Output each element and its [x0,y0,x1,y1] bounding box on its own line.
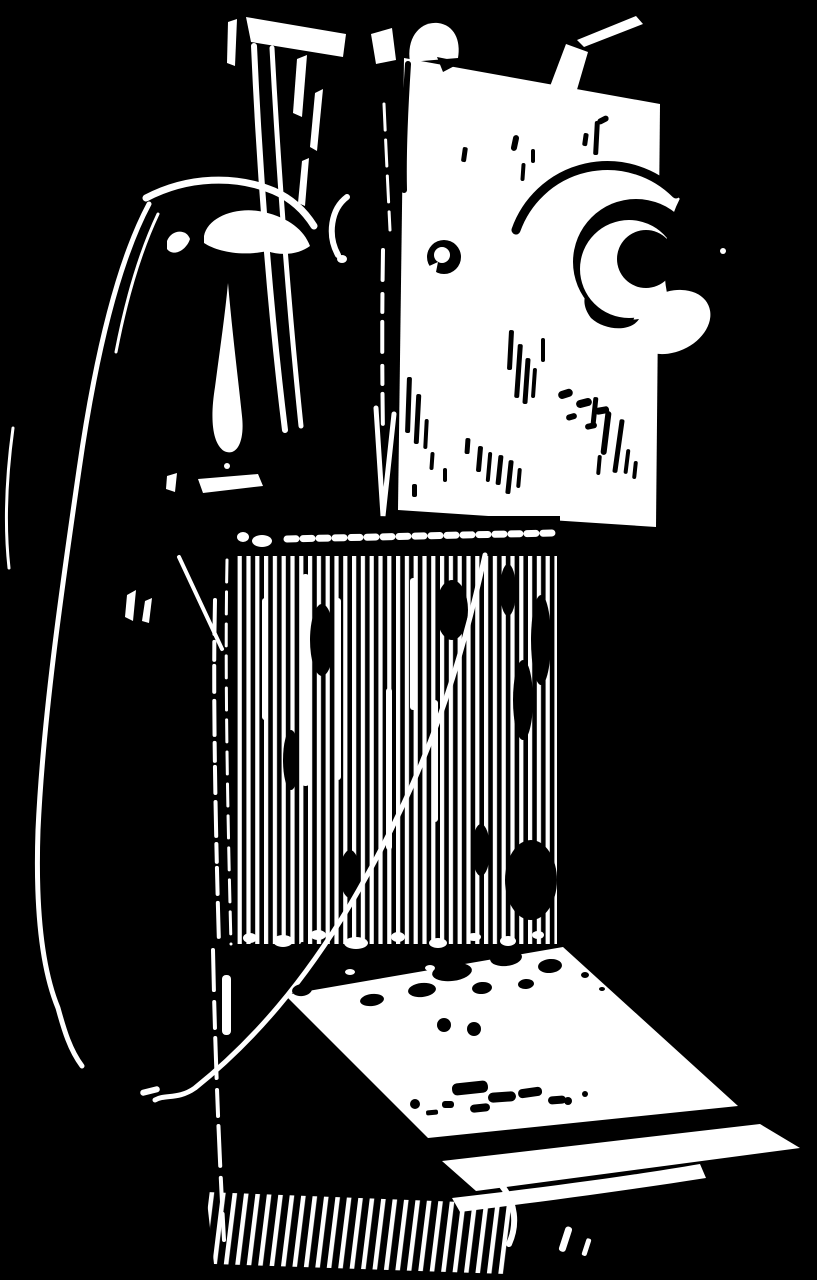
debris-highlight [532,931,544,939]
cabinet-dash-blob [252,535,272,547]
rib-shadow-patch [500,564,516,616]
shelf-ink-dot [437,1018,451,1032]
grain-dash [541,338,545,362]
debris-highlight [467,933,481,941]
shelf-squiggle [488,1091,517,1103]
drip-tick [299,942,305,962]
rib-shadow-patch [283,730,299,790]
shelf-squiggle [442,1101,454,1108]
debris-speck [466,977,474,983]
shelf-squiggle [548,1095,567,1104]
shelf-ink-dot [467,1022,481,1036]
debris-speck [425,965,435,971]
debris-highlight [500,936,516,946]
debris-dot [581,972,589,978]
rib-shadow-patch [472,824,490,876]
shelf-ink-dot [564,1097,572,1105]
illustration-canvas [0,0,817,1280]
receiver-speck [224,463,230,469]
ribbed-cabinet [210,516,560,948]
shelf-ink-dot [582,1091,588,1097]
debris-highlight [243,933,257,943]
left-edge-streak [222,975,231,1035]
hook-foot [337,255,347,263]
horn-speck [720,248,726,254]
debris-speck [345,969,355,975]
debris-highlight [344,937,368,949]
rib-shadow-patch [436,580,468,640]
debris-speck [516,969,524,975]
base-ribbing [206,1192,512,1274]
rib-shadow-patch [310,604,334,676]
engraving-antique-wall-telephone: Black-and-white engraving of an antique … [0,0,817,1280]
grain-dash [412,484,417,497]
rib-shadow-patch [513,660,533,740]
debris-dot [599,987,605,991]
debris-highlight [310,930,326,940]
base-rib-band [206,1192,512,1274]
rib-wide-highlight [410,578,417,710]
rib-wide-highlight [262,598,268,720]
rib-wide-highlight [302,574,309,786]
rib-shadow-patch [531,595,551,685]
screw-center [434,247,450,263]
drip-tick [420,946,424,962]
grain-dash [443,468,447,482]
debris-highlight [391,932,405,942]
drip-tick [460,944,464,962]
shelf-ink-dot [410,1099,420,1109]
rib-shadow-patch [505,840,557,920]
debris-highlight [429,938,447,948]
grain-dash [531,149,535,163]
box-corner-line [382,250,383,434]
debris-highlight [273,935,293,947]
cabinet-dash-blob [237,532,249,542]
rib-wide-highlight [335,598,341,780]
